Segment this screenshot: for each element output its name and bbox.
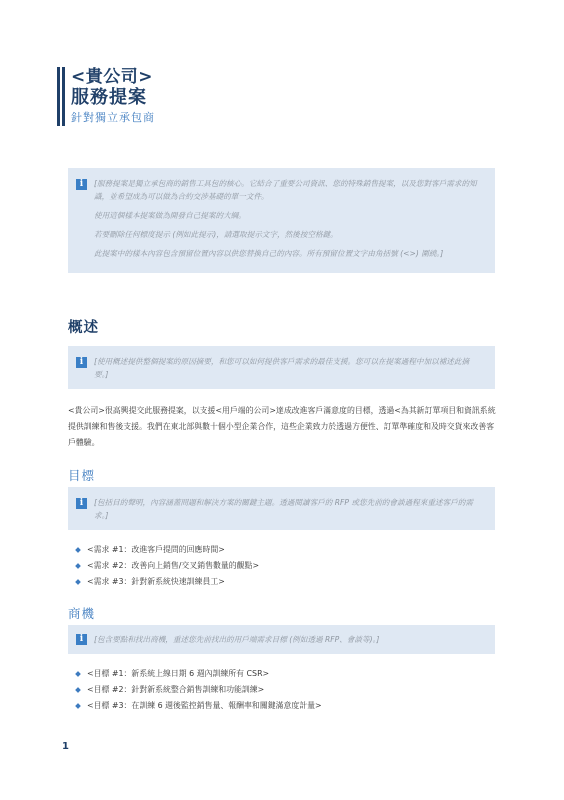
- list-item-text: <目標 #3：在訓練 6 週後監控銷售量、報酬率和關鍵滿意度計量>: [87, 701, 322, 710]
- company-name[interactable]: <貴公司>: [71, 67, 155, 87]
- overview-tip-box: i [使用概述提供整個提案的原因摘要，和您可以如何提供客戶需求的最佳支援。您可以…: [68, 346, 495, 389]
- bullet-diamond-icon: [75, 547, 81, 553]
- document-page: <貴公司> 服務提案 針對獨立承包商 i [服務提案是獨立承包商的銷售工具包的核…: [0, 0, 564, 800]
- bullet-diamond-icon: [75, 703, 81, 709]
- overview-paragraph[interactable]: <貴公司>很高興提交此服務提案，以支援<用戶端的公司>達成改進客戶滿意度的目標，…: [68, 403, 498, 451]
- title-block: <貴公司> 服務提案 針對獨立承包商: [57, 67, 155, 127]
- tip-text[interactable]: 此提案中的樣本內容包含預留位置內容以供您替換自己的內容。所有預留位置文字由角括號…: [94, 247, 483, 260]
- opportunities-tip-box: i [包含要點和找出商機，重述您先前找出的用戶端需求目標 (例如透過 RFP、會…: [68, 625, 495, 654]
- tip-text[interactable]: [使用概述提供整個提案的原因摘要，和您可以如何提供客戶需求的最佳支援。您可以在提…: [94, 355, 483, 381]
- list-item-text: <目標 #1：新系統上線日期 6 週內訓練所有 CSR>: [87, 669, 269, 678]
- bullet-diamond-icon: [75, 671, 81, 677]
- document-title[interactable]: 服務提案: [71, 87, 155, 109]
- tip-text[interactable]: [包含要點和找出商機，重述您先前找出的用戶端需求目標 (例如透過 RFP、會談等…: [94, 633, 483, 646]
- list-item-text: <目標 #2：針對新系統整合銷售訓練和功能訓練>: [87, 685, 264, 694]
- tip-text[interactable]: [服務提案是獨立承包商的銷售工具包的核心。它結合了重要公司資訊、您的特殊銷售提案…: [94, 177, 483, 203]
- info-icon: i: [76, 498, 87, 509]
- tip-text[interactable]: 若要刪除任何標度提示 (例如此提示)，請選取提示文字，然後按空格鍵。: [94, 228, 483, 241]
- bullet-diamond-icon: [75, 687, 81, 693]
- tip-text[interactable]: 使用這個樣本提案做為開發自己提案的大綱。: [94, 209, 483, 222]
- intro-tip-box: i [服務提案是獨立承包商的銷售工具包的核心。它結合了重要公司資訊、您的特殊銷售…: [68, 168, 495, 273]
- info-icon: i: [76, 179, 87, 190]
- bullet-diamond-icon: [75, 563, 81, 569]
- title-accent-bar: [57, 67, 60, 126]
- overview-heading[interactable]: 概述: [68, 316, 99, 337]
- objectives-tip-box: i [包括目的聲明，內容涵蓋問題和解決方案的關鍵主題。透過閱讀客戶的 RFP 或…: [68, 487, 495, 530]
- list-item-text: <需求 #1：改進客戶提問的回應時間>: [87, 545, 225, 554]
- objectives-heading[interactable]: 目標: [68, 466, 95, 484]
- list-item-text: <需求 #2：改善向上銷售/交叉銷售數量的觀點>: [87, 561, 259, 570]
- objectives-list: <需求 #1：改進客戶提問的回應時間> <需求 #2：改善向上銷售/交叉銷售數量…: [76, 542, 259, 590]
- list-item-text: <需求 #3：針對新系統快速訓練員工>: [87, 577, 225, 586]
- page-number: 1: [62, 741, 69, 752]
- title-accent-bar: [62, 67, 65, 126]
- list-item[interactable]: <目標 #3：在訓練 6 週後監控銷售量、報酬率和關鍵滿意度計量>: [76, 698, 322, 714]
- list-item[interactable]: <目標 #2：針對新系統整合銷售訓練和功能訓練>: [76, 682, 322, 698]
- list-item[interactable]: <需求 #3：針對新系統快速訓練員工>: [76, 574, 259, 590]
- opportunities-heading[interactable]: 商機: [68, 604, 95, 622]
- list-item[interactable]: <需求 #2：改善向上銷售/交叉銷售數量的觀點>: [76, 558, 259, 574]
- info-icon: i: [76, 357, 87, 368]
- document-subtitle[interactable]: 針對獨立承包商: [71, 110, 155, 126]
- tip-text[interactable]: [包括目的聲明，內容涵蓋問題和解決方案的關鍵主題。透過閱讀客戶的 RFP 或您先…: [94, 496, 483, 522]
- bullet-diamond-icon: [75, 579, 81, 585]
- info-icon: i: [76, 634, 87, 645]
- list-item[interactable]: <需求 #1：改進客戶提問的回應時間>: [76, 542, 259, 558]
- opportunities-list: <目標 #1：新系統上線日期 6 週內訓練所有 CSR> <目標 #2：針對新系…: [76, 666, 322, 714]
- list-item[interactable]: <目標 #1：新系統上線日期 6 週內訓練所有 CSR>: [76, 666, 322, 682]
